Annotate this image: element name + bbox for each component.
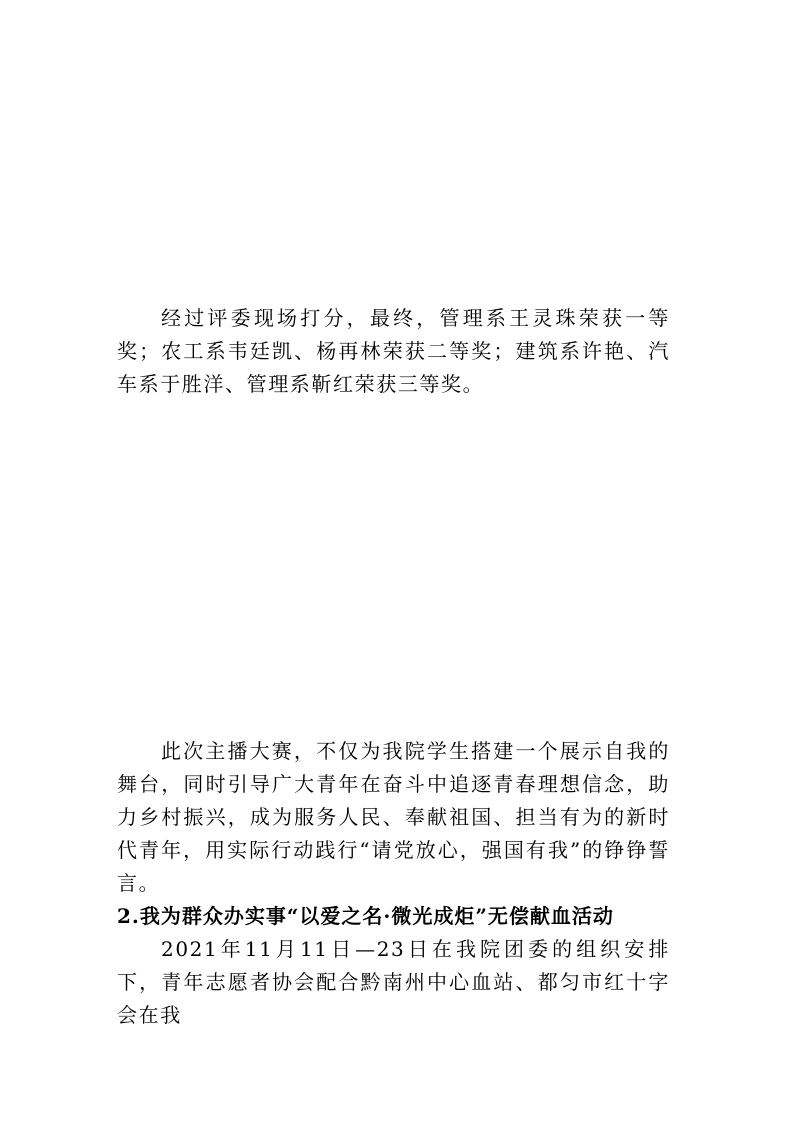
contest-summary-paragraph: 此次主播大赛，不仅为我院学生搭建一个展示自我的舞台，同时引导广大青年在奋斗中追逐… [117, 735, 670, 900]
award-results-paragraph: 经过评委现场打分，最终，管理系王灵珠荣获一等奖；农工系韦廷凯、杨再林荣获二等奖；… [117, 302, 670, 401]
blank-image-area-top [117, 0, 670, 300]
document-page: 经过评委现场打分，最终，管理系王灵珠荣获一等奖；农工系韦廷凯、杨再林荣获二等奖；… [0, 0, 793, 1122]
award-results-block: 经过评委现场打分，最终，管理系王灵珠荣获一等奖；农工系韦廷凯、杨再林荣获二等奖；… [117, 302, 670, 401]
contest-summary-block: 此次主播大赛，不仅为我院学生搭建一个展示自我的舞台，同时引导广大青年在奋斗中追逐… [117, 735, 670, 1032]
blood-drive-intro-paragraph: 2021年11月11日—23日在我院团委的组织安排下，青年志愿者协会配合黔南州中… [117, 933, 670, 1032]
section-heading-blood-drive: 2.我为群众办实事“以爱之名·微光成炬”无偿献血活动 [117, 900, 670, 933]
blank-image-area-middle [117, 410, 670, 735]
